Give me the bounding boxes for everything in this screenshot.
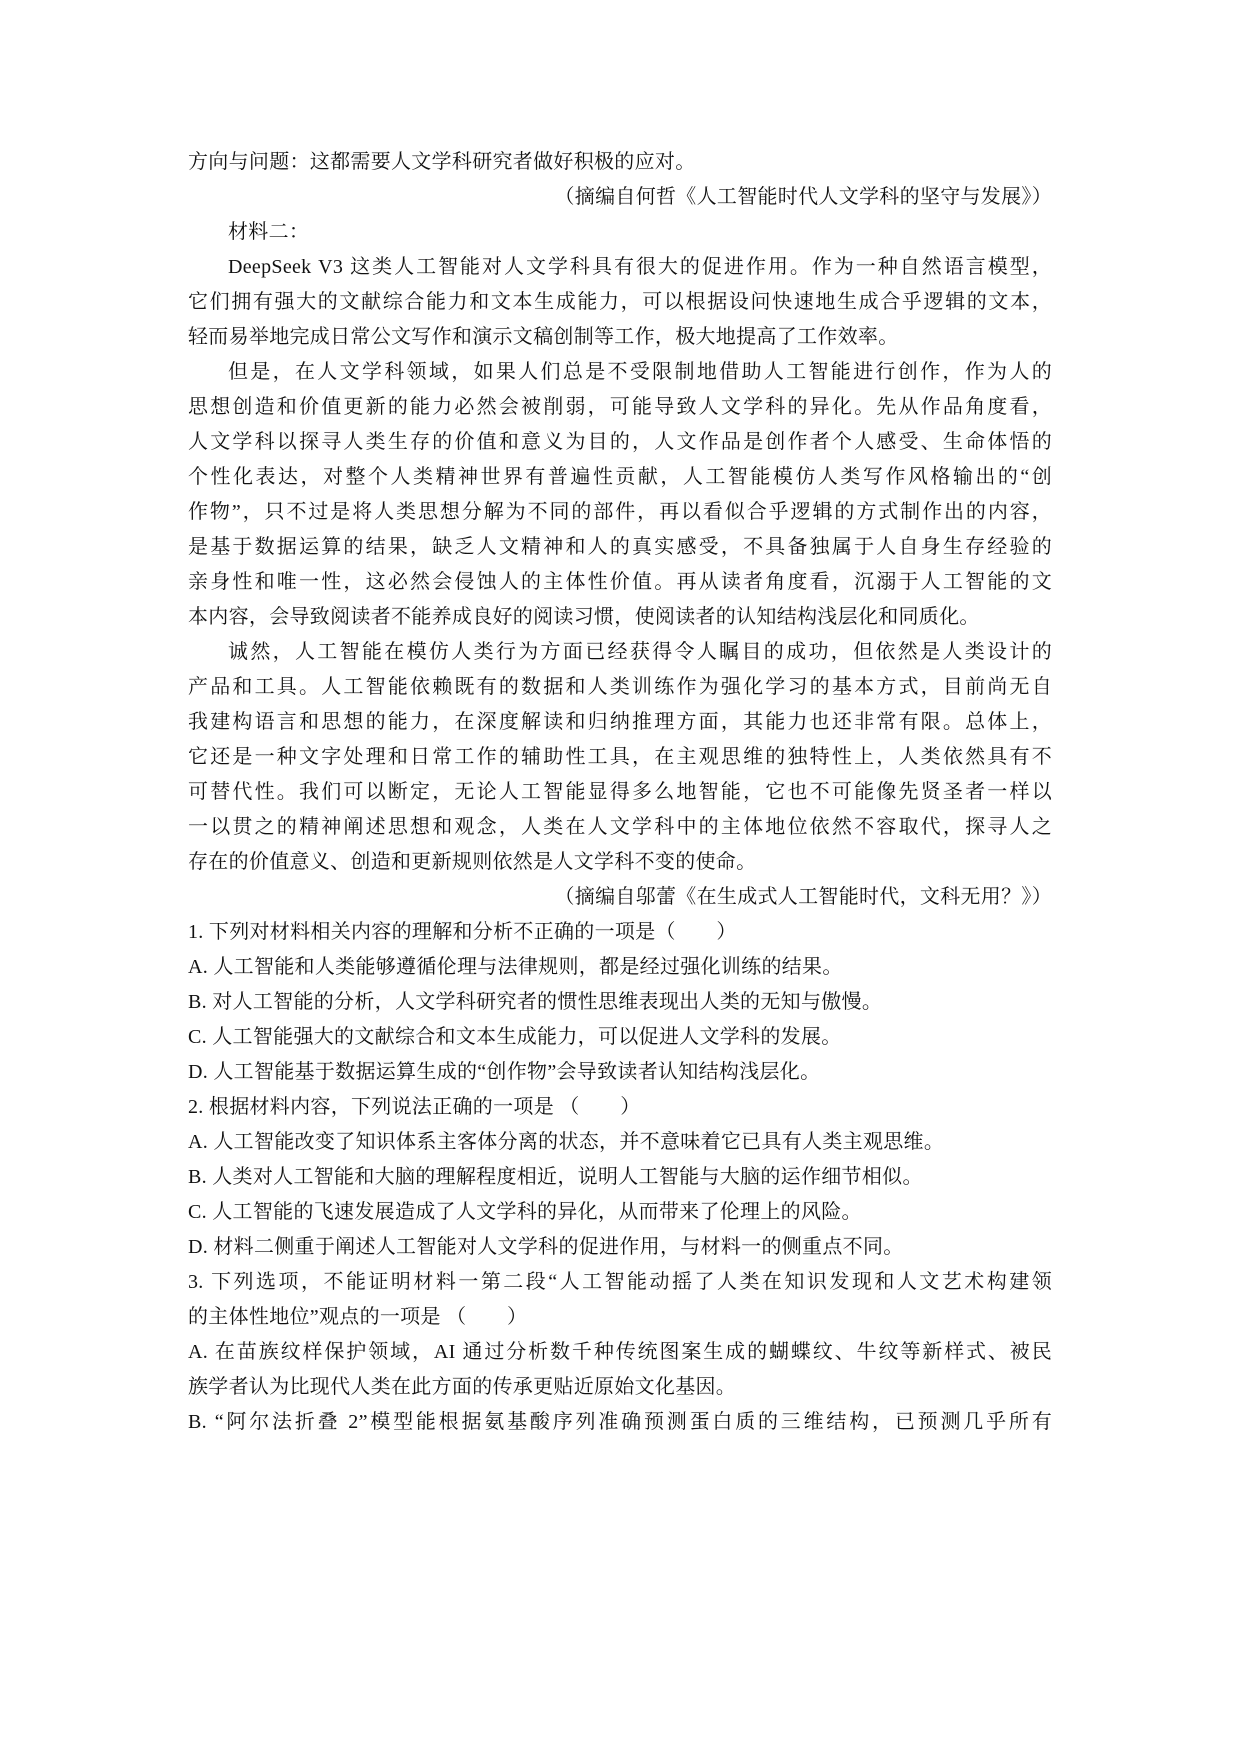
question-1: 1. 下列对材料相关内容的理解和分析不正确的一项是（ ） A. 人工智能和人类能… [188, 915, 1052, 1090]
section-heading: 材料二： [188, 215, 1052, 250]
paragraph: 诚然，人工智能在模仿人类行为方面已经获得令人瞩目的成功，但依然是人类设计的 产品… [188, 635, 1052, 880]
text-line: 它们拥有强大的文献综合能力和文本生成能力，可以根据设问快速地生成合乎逻辑的文本， [188, 285, 1052, 320]
question-stem: 3. 下列选项，不能证明材料一第二段“人工智能动摇了人类在知识发现和人文艺术构建… [188, 1265, 1052, 1300]
option-a: A. 人工智能和人类能够遵循伦理与法律规则，都是经过强化训练的结果。 [188, 950, 1052, 985]
option-b: B. “阿尔法折叠 2”模型能根据氨基酸序列准确预测蛋白质的三维结构，已预测几乎… [188, 1405, 1052, 1440]
option-d: D. 材料二侧重于阐述人工智能对人文学科的促进作用，与材料一的侧重点不同。 [188, 1230, 1052, 1265]
text-line: 一以贯之的精神阐述思想和观念，人类在人文学科中的主体地位依然不容取代，探寻人之 [188, 810, 1052, 845]
text-line: DeepSeek V3 这类人工智能对人文学科具有很大的促进作用。作为一种自然语… [188, 250, 1052, 285]
option-b: B. 对人工智能的分析，人文学科研究者的惯性思维表现出人类的无知与傲慢。 [188, 985, 1052, 1020]
text-line: 产品和工具。人工智能依赖既有的数据和人类训练作为强化学习的基本方式，目前尚无自 [188, 670, 1052, 705]
question-2: 2. 根据材料内容，下列说法正确的一项是 （ ） A. 人工智能改变了知识体系主… [188, 1090, 1052, 1265]
paragraph: DeepSeek V3 这类人工智能对人文学科具有很大的促进作用。作为一种自然语… [188, 250, 1052, 355]
citation: （摘编自何哲《人工智能时代人文学科的坚守与发展》） [188, 180, 1052, 215]
option-b: B. 人类对人工智能和大脑的理解程度相近，说明人工智能与大脑的运作细节相似。 [188, 1160, 1052, 1195]
text-line: 亲身性和唯一性，这必然会侵蚀人的主体性价值。再从读者角度看，沉溺于人工智能的文 [188, 565, 1052, 600]
question-stem: 1. 下列对材料相关内容的理解和分析不正确的一项是（ ） [188, 915, 1052, 950]
option-c: C. 人工智能的飞速发展造成了人文学科的异化，从而带来了伦理上的风险。 [188, 1195, 1052, 1230]
option-a: A. 人工智能改变了知识体系主客体分离的状态，并不意味着它已具有人类主观思维。 [188, 1125, 1052, 1160]
document-page: 方向与问题：这都需要人文学科研究者做好积极的应对。 （摘编自何哲《人工智能时代人… [188, 145, 1052, 1440]
text-line: 个性化表达，对整个人类精神世界有普遍性贡献，人工智能模仿人类写作风格输出的“创 [188, 460, 1052, 495]
text-line: 方向与问题：这都需要人文学科研究者做好积极的应对。 [188, 145, 1052, 180]
text-line: 本内容，会导致阅读者不能养成良好的阅读习惯，使阅读者的认知结构浅层化和同质化。 [188, 600, 1052, 635]
option-a: A. 在苗族纹样保护领域，AI 通过分析数千种传统图案生成的蝴蝶纹、牛纹等新样式… [188, 1335, 1052, 1370]
option-c: C. 人工智能强大的文献综合和文本生成能力，可以促进人文学科的发展。 [188, 1020, 1052, 1055]
question-stem: 2. 根据材料内容，下列说法正确的一项是 （ ） [188, 1090, 1052, 1125]
text-line: 人文学科以探寻人类生存的价值和意义为目的，人文作品是创作者个人感受、生命体悟的 [188, 425, 1052, 460]
material-one-tail: 方向与问题：这都需要人文学科研究者做好积极的应对。 （摘编自何哲《人工智能时代人… [188, 145, 1052, 215]
text-line: 存在的价值意义、创造和更新规则依然是人文学科不变的使命。 [188, 845, 1052, 880]
paragraph: 但是，在人文学科领域，如果人们总是不受限制地借助人工智能进行创作，作为人的 思想… [188, 355, 1052, 635]
text-line: 思想创造和价值更新的能力必然会被削弱，可能导致人文学科的异化。先从作品角度看， [188, 390, 1052, 425]
text-line: 可替代性。我们可以断定，无论人工智能显得多么地智能，它也不可能像先贤圣者一样以 [188, 775, 1052, 810]
text-line: 诚然，人工智能在模仿人类行为方面已经获得令人瞩目的成功，但依然是人类设计的 [188, 635, 1052, 670]
question-3: 3. 下列选项，不能证明材料一第二段“人工智能动摇了人类在知识发现和人文艺术构建… [188, 1265, 1052, 1440]
text-line: 作物”，只不过是将人类思想分解为不同的部件，再以看似合乎逻辑的方式制作出的内容， [188, 495, 1052, 530]
text-line: 轻而易举地完成日常公文写作和演示文稿创制等工作，极大地提高了工作效率。 [188, 320, 1052, 355]
option-a-continued: 族学者认为比现代人类在此方面的传承更贴近原始文化基因。 [188, 1370, 1052, 1405]
text-line: 是基于数据运算的结果，缺乏人文精神和人的真实感受，不具备独属于人自身生存经验的 [188, 530, 1052, 565]
question-stem-continued: 的主体性地位”观点的一项是 （ ） [188, 1300, 1052, 1335]
text-line: 它还是一种文字处理和日常工作的辅助性工具，在主观思维的独特性上，人类依然具有不 [188, 740, 1052, 775]
material-two: 材料二： DeepSeek V3 这类人工智能对人文学科具有很大的促进作用。作为… [188, 215, 1052, 915]
citation: （摘编自邬蕾《在生成式人工智能时代，文科无用？》） [188, 880, 1052, 915]
option-d: D. 人工智能基于数据运算生成的“创作物”会导致读者认知结构浅层化。 [188, 1055, 1052, 1090]
text-line: 我建构语言和思想的能力，在深度解读和归纳推理方面，其能力也还非常有限。总体上， [188, 705, 1052, 740]
text-line: 但是，在人文学科领域，如果人们总是不受限制地借助人工智能进行创作，作为人的 [188, 355, 1052, 390]
